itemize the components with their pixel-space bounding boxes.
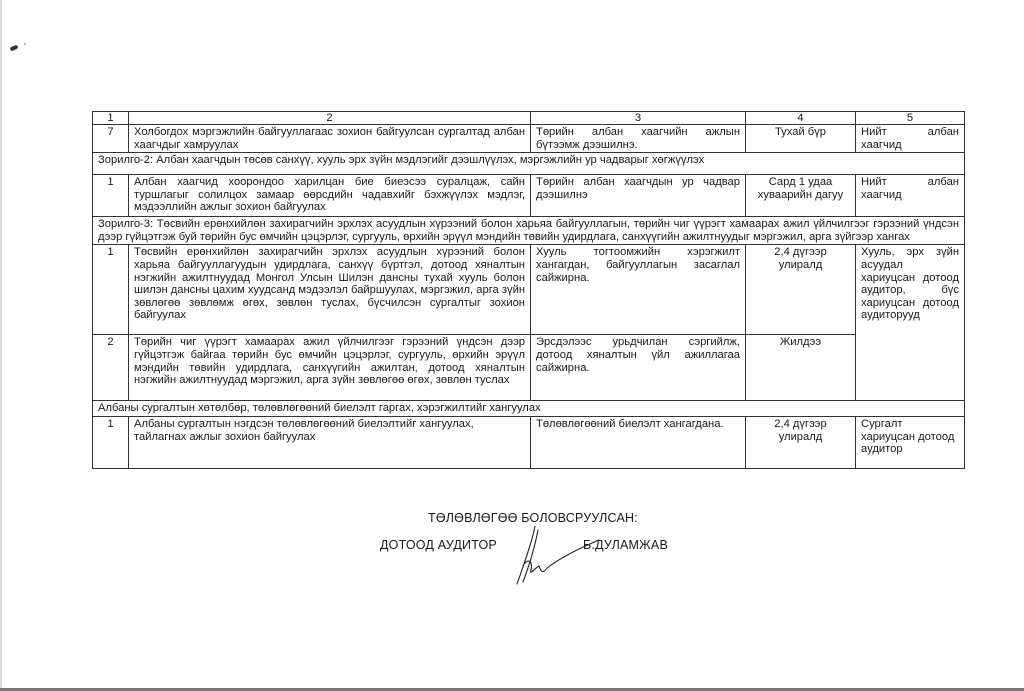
column-number: 1: [93, 112, 129, 125]
goal-heading-row: Зорилго-2: Албан хаагчдын төсөв санхүү, …: [93, 153, 965, 175]
table-row: 1 Албаны сургалтын нэгдсэн төлөвлөгөөний…: [93, 416, 965, 468]
outcome-cell: Хууль тогтоомжийн хэрэгжилт хангагдан, б…: [531, 245, 746, 335]
row-number: 2: [93, 335, 129, 401]
signer-role: ДОТООД АУДИТОР: [380, 538, 497, 552]
column-number: 3: [531, 112, 746, 125]
table-row: 7 Холбогдох мэргэжлийн байгууллагаас зох…: [93, 125, 965, 153]
row-number: 1: [93, 175, 129, 217]
scan-artifact: [10, 44, 19, 51]
signer-name: Б.ДУЛАМЖАВ: [583, 538, 668, 552]
column-number: 2: [129, 112, 531, 125]
goal-4-heading: Албаны сургалтын хөтөлбөр, төлөвлөгөөний…: [93, 401, 965, 417]
column-number: 5: [856, 112, 965, 125]
outcome-cell: Төлөвлөгөөний биелэлт хангагдана.: [531, 416, 746, 468]
goal-heading-row: Албаны сургалтын хөтөлбөр, төлөвлөгөөний…: [93, 401, 965, 417]
scan-edge: [0, 0, 2, 691]
activity-cell: Албан хаагчид хоорондоо харилцан бие бие…: [129, 175, 531, 217]
scan-artifact: [24, 43, 26, 45]
row-number: 7: [93, 125, 129, 153]
goal-heading-row: Зорилго-3: Төсвийн ерөнхийлөн захирагчий…: [93, 217, 965, 245]
responsible-cell: Сургалт хариуцсан дотоод аудитор: [856, 416, 965, 468]
outcome-cell: Эрсдэлээс урьдчилан сэргийлж, дотоод хян…: [531, 335, 746, 401]
table-row: 2 Төрийн чиг үүрэгт хамаарах ажил үйлчил…: [93, 335, 965, 401]
signature-title: ТӨЛӨВЛӨГӨӨ БОЛОВСРУУЛСАН:: [428, 511, 638, 525]
column-number: 4: [746, 112, 856, 125]
outcome-cell: Төрийн албан хаагчийн ажлын бүтээмж дээш…: [531, 125, 746, 153]
row-number: 1: [93, 416, 129, 468]
outcome-cell: Төрийн албан хаагчдын ур чадвар дээшилнэ: [531, 175, 746, 217]
responsible-cell: Нийт албан хаагчид: [856, 125, 965, 153]
goal-2-heading: Зорилго-2: Албан хаагчдын төсөв санхүү, …: [93, 153, 965, 175]
timing-cell: Тухай бүр: [746, 125, 856, 153]
goal-3-heading: Зорилго-3: Төсвийн ерөнхийлөн захирагчий…: [93, 217, 965, 245]
activity-cell: Төрийн чиг үүрэгт хамаарах ажил үйлчилгэ…: [129, 335, 531, 401]
handwritten-signature-icon: [505, 526, 600, 586]
activity-cell: Холбогдох мэргэжлийн байгууллагаас зохио…: [129, 125, 531, 153]
activity-cell: Төсвийн ерөнхийлөн захирагчийн эрхлэх ас…: [129, 245, 531, 335]
activity-cell: Албаны сургалтын нэгдсэн төлөвлөгөөний б…: [129, 416, 531, 468]
responsible-cell: Хууль, эрх зүйн асуудал хариуцсан дотоод…: [856, 245, 965, 401]
responsible-cell: Нийт албан хаагчид: [856, 175, 965, 217]
timing-cell: 2,4 дүгээр улиралд: [746, 416, 856, 468]
table-row: 1 Төсвийн ерөнхийлөн захирагчийн эрхлэх …: [93, 245, 965, 335]
row-number: 1: [93, 245, 129, 335]
table-row: 1 Албан хаагчид хоорондоо харилцан бие б…: [93, 175, 965, 217]
plan-table: 1 2 3 4 5 7 Холбогдох мэргэжлийн байгуул…: [92, 111, 965, 469]
timing-cell: Жилдээ: [746, 335, 856, 401]
timing-cell: Сард 1 удаа хуваарийн дагуу: [746, 175, 856, 217]
timing-cell: 2,4 дүгээр улиралд: [746, 245, 856, 335]
column-number-row: 1 2 3 4 5: [93, 112, 965, 125]
